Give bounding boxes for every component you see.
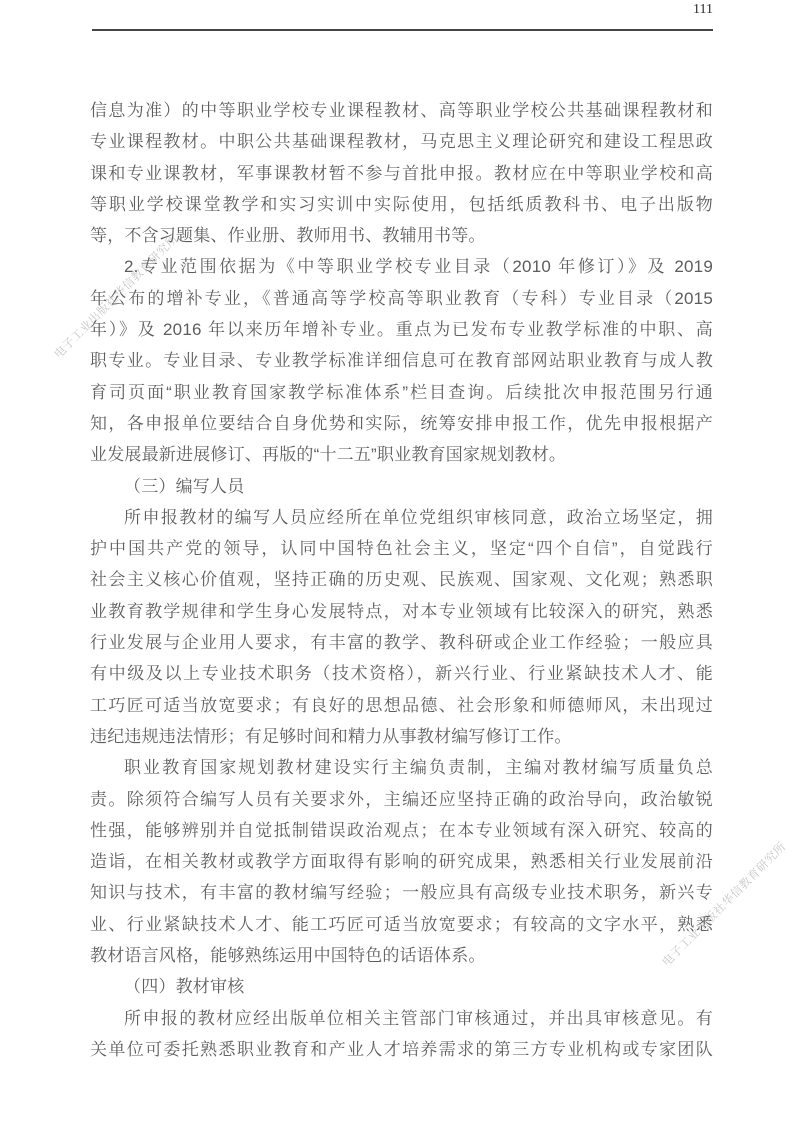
text-line: 有中级及以上专业技术职务（技术资格），新兴行业、行业紧缺技术人才、能: [90, 658, 713, 689]
document-page: 电子工业出版社华信教育研究所 电子工业出版社华信教育研究所 111 信息为准）的…: [0, 0, 793, 1122]
text-line: 育司页面“职业教育国家教学标准体系”栏目查询。后续批次申报范围另行通: [90, 377, 713, 408]
text-line: （三）编写人员: [90, 471, 713, 502]
text-line: 职业教育国家规划教材建设实行主编负责制，主编对教材编写质量负总: [90, 752, 713, 783]
text-line: 课和专业课教材，军事课教材暂不参与首批申报。教材应在中等职业学校和高: [90, 158, 713, 189]
text-line: 年）》及 2016 年以来历年增补专业。重点为已发布专业教学标准的中职、高: [90, 314, 713, 345]
text-line: 年公布的增补专业，《普通高等学校高等职业教育（专科）专业目录（2015: [90, 283, 713, 314]
text-line: 工巧匠可适当放宽要求；有良好的思想品德、社会形象和师德师风，未出现过: [90, 690, 713, 721]
text-line: 护中国共产党的领导，认同中国特色社会主义，坚定“四个自信”，自觉践行: [90, 533, 713, 564]
text-line: 行业发展与企业用人要求，有丰富的教学、教科研或企业工作经验；一般应具: [90, 627, 713, 658]
text-line: 造诣，在相关教材或教学方面取得有影响的研究成果，熟悉相关行业发展前沿: [90, 846, 713, 877]
text-line: 业发展最新进展修订、再版的“十二五”职业教育国家规划教材。: [90, 439, 713, 470]
text-line: 所申报的教材应经出版单位相关主管部门审核通过，并出具审核意见。有: [90, 1003, 713, 1034]
text-line: 业、行业紧缺技术人才、能工巧匠可适当放宽要求；有较高的文字水平，熟悉: [90, 909, 713, 940]
text-line: 等职业学校课堂教学和实习实训中实际使用，包括纸质教科书、电子出版物: [90, 189, 713, 220]
text-line: 2.专业范围依据为《中等职业学校专业目录（2010 年修订）》及 2019: [90, 251, 713, 282]
text-line: 业教育教学规律和学生身心发展特点，对本专业领域有比较深入的研究，熟悉: [90, 596, 713, 627]
page-number: 111: [693, 2, 713, 18]
text-line: （四）教材审核: [90, 971, 713, 1002]
text-line: 知识与技术，有丰富的教材编写经验；一般应具有高级专业技术职务，新兴专: [90, 877, 713, 908]
header-rule: [92, 29, 713, 31]
text-line: 性强，能够辨别并自觉抵制错误政治观点；在本专业领域有深入研究、较高的: [90, 815, 713, 846]
text-line: 专业课程教材。中职公共基础课程教材，马克思主义理论研究和建设工程思政: [90, 126, 713, 157]
text-line: 等，不含习题集、作业册、教师用书、教辅用书等。: [90, 220, 713, 251]
text-line: 关单位可委托熟悉职业教育和产业人才培养需求的第三方专业机构或专家团队: [90, 1034, 713, 1065]
text-line: 所申报教材的编写人员应经所在单位党组织审核同意，政治立场坚定，拥: [90, 502, 713, 533]
document-body: 信息为准）的中等职业学校专业课程教材、高等职业学校公共基础课程教材和专业课程教材…: [90, 95, 713, 1065]
text-line: 信息为准）的中等职业学校专业课程教材、高等职业学校公共基础课程教材和: [90, 95, 713, 126]
text-line: 责。除须符合编写人员有关要求外，主编还应坚持正确的政治导向，政治敏锐: [90, 784, 713, 815]
text-line: 违纪违规违法情形；有足够时间和精力从事教材编写修订工作。: [90, 721, 713, 752]
text-line: 知，各申报单位要结合自身优势和实际，统筹安排申报工作，优先申报根据产: [90, 408, 713, 439]
text-line: 职专业。专业目录、专业教学标准详细信息可在教育部网站职业教育与成人教: [90, 345, 713, 376]
text-line: 社会主义核心价值观，坚持正确的历史观、民族观、国家观、文化观；熟悉职: [90, 564, 713, 595]
text-line: 教材语言风格，能够熟练运用中国特色的话语体系。: [90, 940, 713, 971]
